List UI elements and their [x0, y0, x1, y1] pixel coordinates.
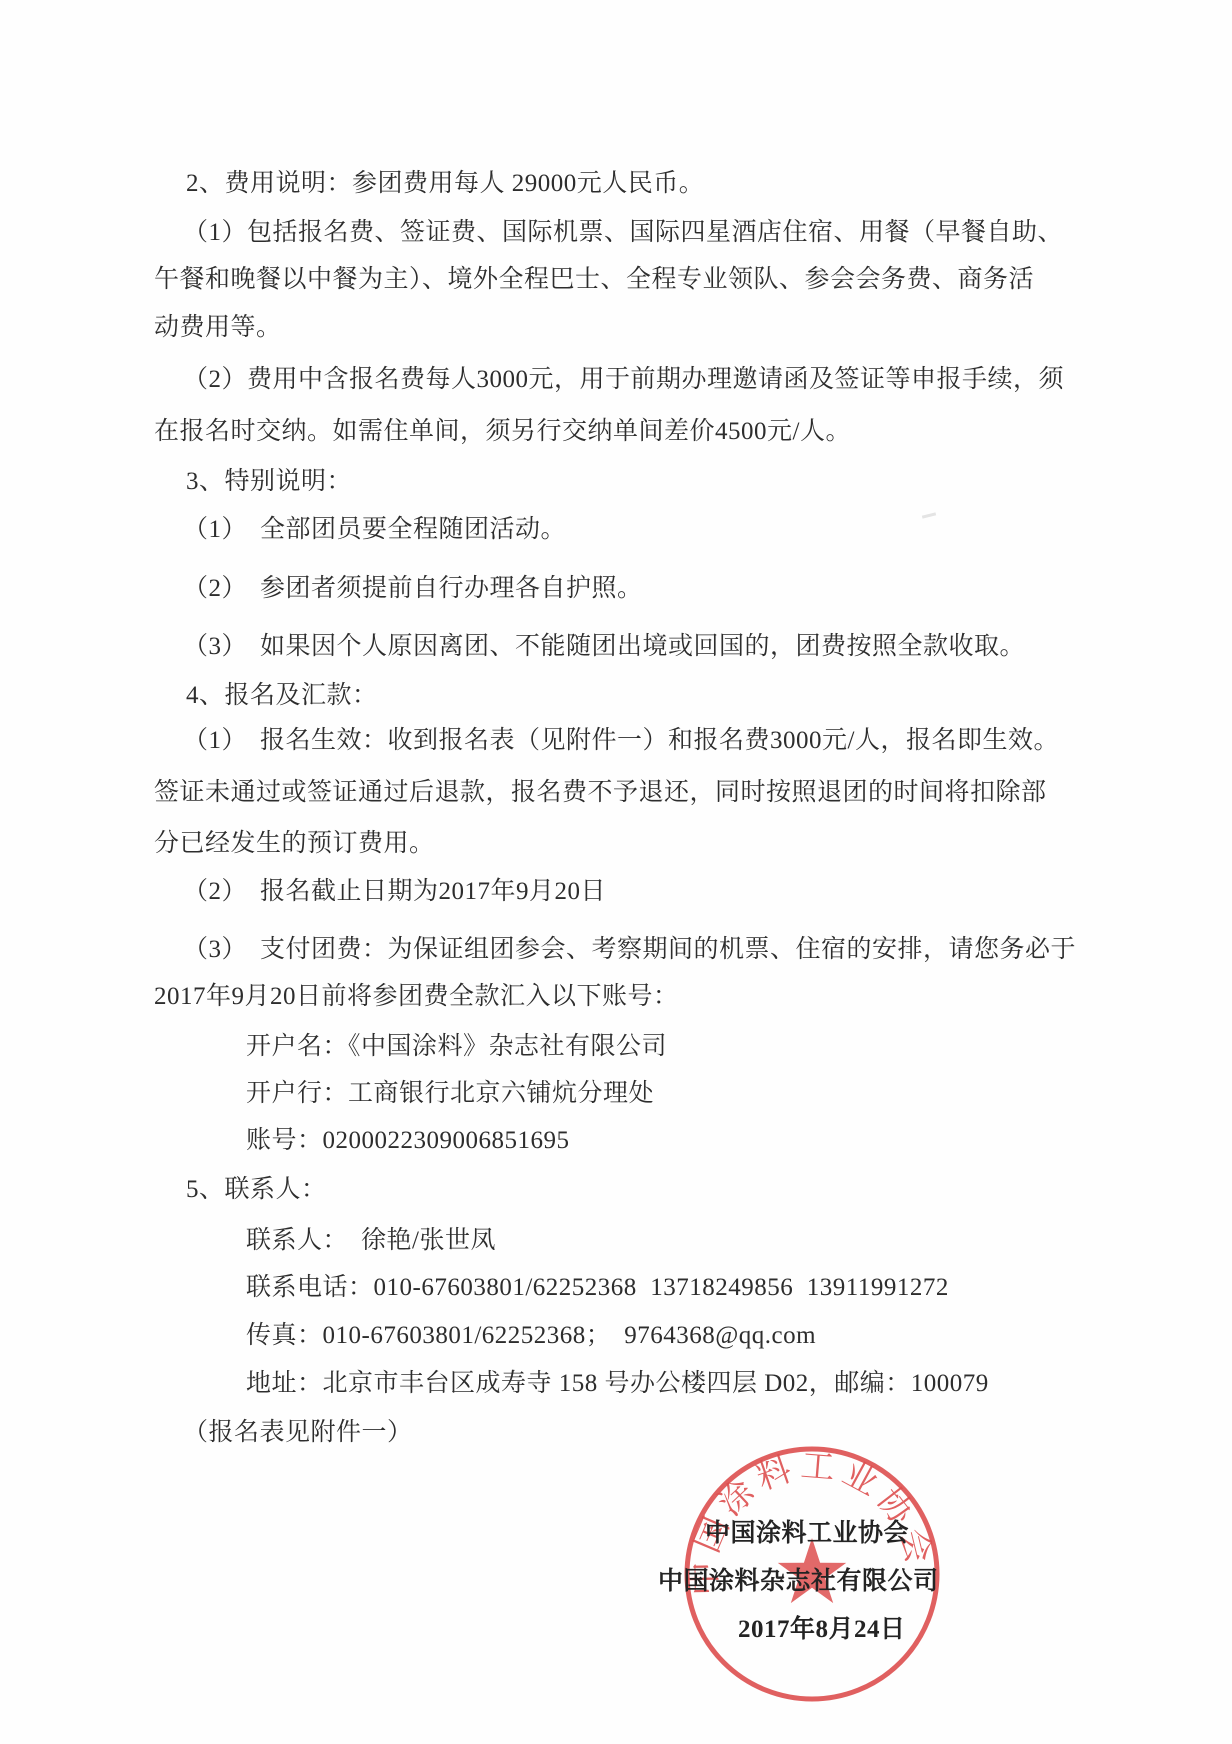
- seal-date: 2017年8月24日: [738, 1615, 906, 1645]
- line-signup-effective-3: 分已经发生的预订费用。: [154, 828, 435, 859]
- line-signup-heading: 4、报名及汇款：: [186, 680, 378, 711]
- line-address: 地址：北京市丰台区成寿寺 158 号办公楼四层 D02，邮编：100079: [246, 1368, 989, 1399]
- line-signup-effective-1: （1） 报名生效：收到报名表（见附件一）和报名费3000元/人，报名即生效。: [183, 725, 1059, 756]
- line-deposit-2: 在报名时交纳。如需住单间，须另行交纳单间差价4500元/人。: [154, 416, 851, 447]
- line-special-1: （1） 全部团员要全程随团活动。: [183, 514, 566, 545]
- line-payment-2: 2017年9月20日前将参团费全款汇入以下账号：: [154, 981, 679, 1012]
- line-deadline: （2） 报名截止日期为2017年9月20日: [183, 876, 606, 907]
- seal-company-name: 中国涂料杂志社有限公司: [658, 1567, 939, 1597]
- line-special-3: （3） 如果因个人原因离团、不能随团出境或回国的，团费按照全款收取。: [183, 631, 1025, 662]
- line-account-number: 账号：0200022309006851695: [246, 1125, 570, 1156]
- line-payment-1: （3） 支付团费：为保证组团参会、考察期间的机票、住宿的安排，请您务必于: [183, 934, 1076, 965]
- line-deposit-1: （2）费用中含报名费每人3000元，用于前期办理邀请函及签证等申报手续，须: [183, 364, 1064, 395]
- line-account-name: 开户名：《中国涂料》杂志社有限公司: [246, 1031, 667, 1062]
- scan-artifact: [922, 512, 936, 518]
- line-bank-name: 开户行：工商银行北京六铺炕分理处: [246, 1078, 654, 1109]
- line-contact-phones: 联系电话：010-67603801/62252368 13718249856 1…: [246, 1272, 949, 1303]
- line-contact-names: 联系人： 徐艳/张世凤: [246, 1225, 496, 1256]
- line-fee-includes-3: 动费用等。: [154, 312, 282, 343]
- line-fee-includes-2: 午餐和晚餐以中餐为主）、境外全程巴士、全程专业领队、参会会务费、商务活: [154, 264, 1034, 295]
- line-signup-effective-2: 签证未通过或签证通过后退款，报名费不予退还，同时按照退团的时间将扣除部: [154, 777, 1047, 808]
- line-fee-includes-1: （1）包括报名费、签证费、国际机票、国际四星酒店住宿、用餐（早餐自助、: [183, 217, 1063, 248]
- line-special-2: （2） 参团者须提前自行办理各自护照。: [183, 573, 643, 604]
- line-fee-heading: 2、费用说明：参团费用每人 29000元人民币。: [186, 168, 704, 199]
- document-page: 2、费用说明：参团费用每人 29000元人民币。 （1）包括报名费、签证费、国际…: [0, 0, 1232, 1744]
- seal-org-name: 中国涂料工业协会: [705, 1519, 909, 1549]
- line-special-heading: 3、特别说明：: [186, 466, 352, 497]
- line-attachment-note: （报名表见附件一）: [183, 1417, 413, 1448]
- line-fax-email: 传真：010-67603801/62252368； 9764368@qq.com: [246, 1320, 816, 1351]
- line-contact-heading: 5、联系人：: [186, 1174, 327, 1205]
